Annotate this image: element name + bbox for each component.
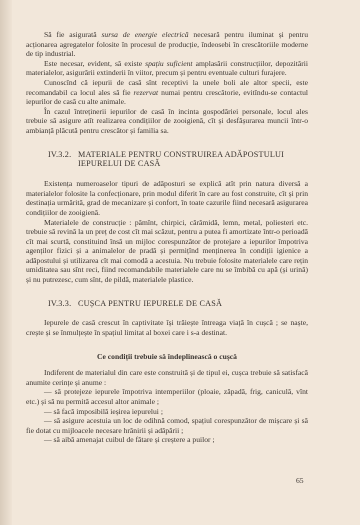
page-number: 65 bbox=[296, 476, 304, 485]
paragraph-energy: Să fie asigurată sursa de energie electr… bbox=[26, 30, 308, 59]
paragraph-shelter-types: Existența numeroaselor tipuri de adăpost… bbox=[26, 179, 308, 217]
paragraph-requirements-intro: Indiferent de materialul din care este c… bbox=[26, 368, 308, 387]
book-gutter-shadow bbox=[0, 0, 12, 525]
paragraph-household: În cazul întreținerii iepurilor de casă … bbox=[26, 107, 308, 136]
requirement-item: — să protejeze iepurele împotriva intemp… bbox=[26, 387, 308, 406]
section-heading-materials: IV.3.2.MATERIALE PENTRU CONSTRUIREA ADĂP… bbox=[48, 150, 308, 170]
section-heading-cage: IV.3.3.CUȘCA PENTRU IEPURELE DE CASĂ bbox=[48, 299, 308, 309]
subheading-cage-conditions: Ce condiții trebuie să îndeplinească o c… bbox=[26, 352, 308, 362]
paragraph-captivity: Iepurele de casă crescut în captivitate … bbox=[26, 318, 308, 337]
requirement-item: — să facă imposibilă ieșirea iepurelui ; bbox=[26, 407, 308, 417]
page-body: Să fie asigurată sursa de energie electr… bbox=[26, 30, 308, 445]
requirement-item: — să aibă amenajat cuibul de fătare și c… bbox=[26, 435, 308, 445]
paragraph-space: Este necesar, evident, să existe spațiu … bbox=[26, 59, 308, 78]
paragraph-construction-materials: Materialele de construcție : pămînt, chi… bbox=[26, 218, 308, 285]
requirement-item: — să asigure acestuia un loc de odihnă c… bbox=[26, 416, 308, 435]
paragraph-reserved: Cunoscînd că iepurii de casă sînt recept… bbox=[26, 78, 308, 107]
